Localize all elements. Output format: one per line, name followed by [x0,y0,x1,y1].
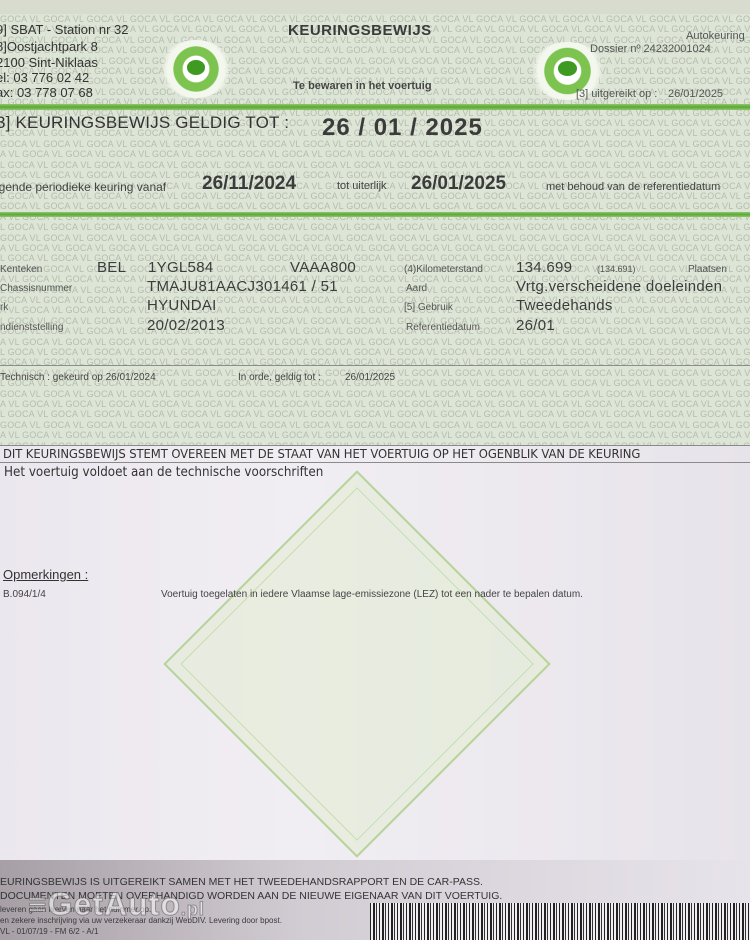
chassis-label: Chassisnummer [0,283,72,294]
km-previous: (134.691) [597,264,636,274]
next-inspection-label: lgende periodieke keuring vanaf [0,180,166,194]
station-fax: ax: 03 778 07 68 [0,85,93,100]
next-inspection-until: 26/01/2025 [411,173,506,195]
station-tel: el: 03 776 02 42 [0,70,89,85]
first-use-date: 20/02/2013 [147,317,225,334]
make-value: HYUNDAI [147,297,217,314]
dossier-number: Dossier nº 24232001024 [590,43,711,55]
kenteken-country: BEL [97,259,126,276]
kenteken-code: VAAA800 [290,259,356,276]
type-value: Vrtg.verscheidene doeleinden [516,278,722,295]
station-city: 2100 Sint-Niklaas [0,55,98,70]
next-inspection-suffix: met behoud van de referentiedatum [546,181,720,193]
chassis-number: TMAJU81AACJ301461 / 51 [147,278,338,295]
remarks-heading: Opmerkingen : [3,567,88,582]
station-name: 9] SBAT - Station nr 32 [0,22,128,37]
top-edge [0,0,750,14]
technical-inspection-label: Technisch : gekeurd op 26/01/2024 [0,372,156,383]
technical-status: In orde, geldig tot : [238,372,321,383]
use-value: Tweedehands [516,297,613,314]
autokeuring-label: Autokeuring [686,30,745,42]
kenteken-plate: 1YGL584 [148,259,213,276]
km-label: (4)Kilometerstand [404,264,483,275]
station-address: 8]Oostjachtpark 8 [0,39,98,54]
next-inspection-from: 26/11/2024 [202,173,296,195]
km-value: 134.699 [516,259,572,276]
use-label: [5] Gebruik [404,302,453,313]
footer-line-5: VL - 01/07/19 - FM 6/2 - A/1 [0,927,98,936]
make-label: rk [0,302,8,313]
seats-label: Plaatsen [688,264,727,275]
document-title: KEURINGSBEWIJS [288,22,432,39]
reference-date-value: 26/01 [516,317,555,334]
divider-line [0,462,750,463]
green-divider [0,104,750,110]
document-subtitle: Te bewaren in het voertuig [293,80,432,92]
type-label: Aard [406,283,427,294]
divider-line [0,365,750,366]
validity-date: 26 / 01 / 2025 [322,114,483,142]
technical-valid-until: 26/01/2025 [345,372,395,383]
statement-line-1: DIT KEURINGSBEWIJS STEMT OVEREEN MET DE … [3,446,640,461]
next-inspection-until-label: tot uiterlijk [337,180,387,192]
first-use-label: ndienststelling [0,322,63,333]
validity-label: 3] KEURINGSBEWIJS GELDIG TOT : [0,113,289,133]
menu-bars-icon: ≡ [28,886,48,922]
statement-line-2: Het voertuig voldoet aan de technische v… [4,465,323,480]
green-divider [0,212,750,217]
barcode [370,903,750,940]
issued-label: [3] uitgereikt op : [576,88,657,100]
issued-date: 26/01/2025 [668,88,723,100]
remark-code: B.094/1/4 [3,589,46,600]
goca-eye-logo-left-icon [160,40,232,98]
inspection-certificate: GOCA VL GOCA VL GOCA VL GOCA VL GOCA VL … [0,0,750,940]
reference-date-label: Referentiedatum [406,322,480,333]
site-watermark: ≡GetAuto.pl [28,886,205,923]
remark-text: Voertuig toegelaten in iedere Vlaamse la… [161,589,583,600]
kenteken-label: Kenteken [0,264,42,275]
